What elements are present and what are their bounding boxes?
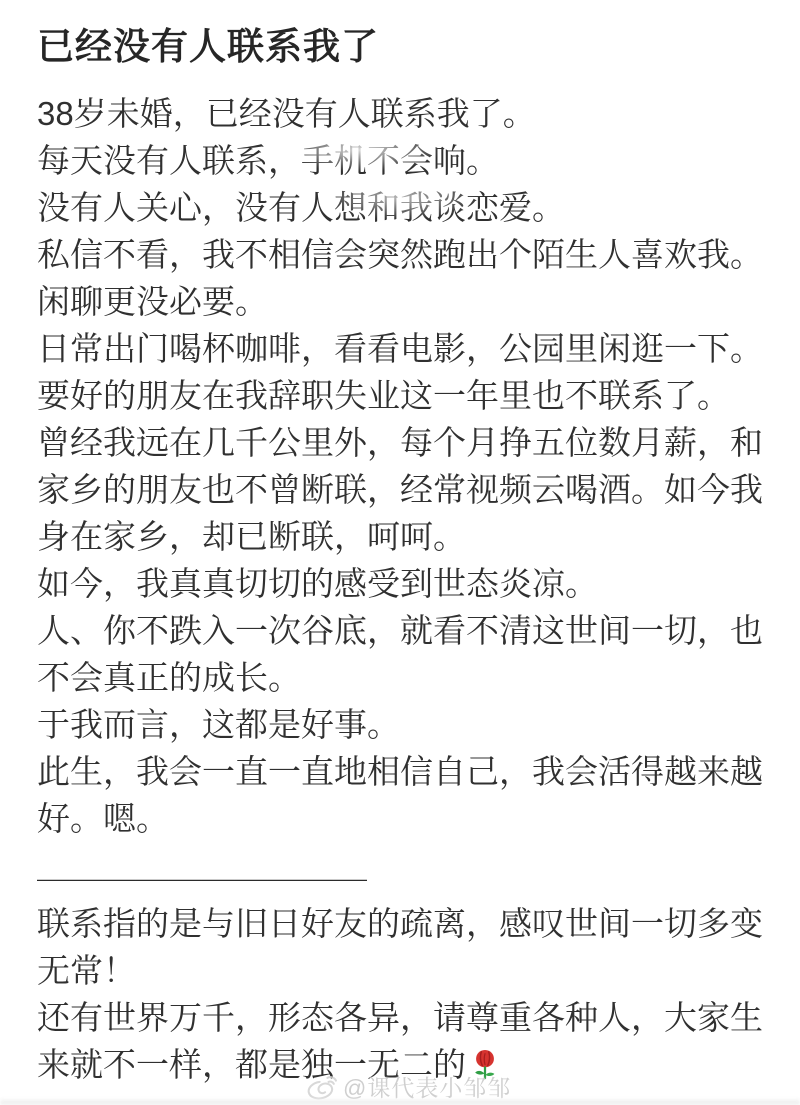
text-line: 如今，我真真切切的感受到世态炎凉。 (37, 560, 777, 607)
text-line: 38岁未婚，已经没有人联系我了。 (37, 90, 777, 137)
text-line: 身在家乡，却已断联，呵呵。 (37, 513, 777, 560)
post-title: 已经没有人联系我了 (37, 24, 777, 70)
weibo-logo-icon (306, 1073, 338, 1100)
text-line: 曾经我远在几千公里外，每个月挣五位数月薪，和 (37, 419, 777, 466)
text-line: 私信不看，我不相信会突然跑出个陌生人喜欢我。 (37, 231, 777, 278)
post-body: 已经没有人联系我了 38岁未婚，已经没有人联系我了。 每天没有人联系，手机不会响… (37, 0, 777, 1088)
post-paragraph-2: 联系指的是与旧日好友的疏离，感叹世间一切多变 无常！ 还有世界万千，形态各异，请… (37, 900, 777, 1088)
text-line: 没有人关心，没有人想和我谈恋爱。 (37, 184, 777, 231)
text-line: 要好的朋友在我辞职失业这一年里也不联系了。 (37, 372, 777, 419)
text-line: 好。嗯。 (37, 795, 777, 842)
text-line: 联系指的是与旧日好友的疏离，感叹世间一切多变 (37, 900, 777, 947)
text-line: 不会真正的成长。 (37, 654, 777, 701)
text-line: 还有世界万千，形态各异，请尊重各种人，大家生 (37, 994, 777, 1041)
bottom-edge-blur (0, 1099, 800, 1105)
text-line: 无常！ (37, 947, 777, 994)
text-line: 每天没有人联系，手机不会响。 (37, 137, 777, 184)
text-line: 家乡的朋友也不曾断联，经常视频云喝酒。如今我 (37, 466, 777, 513)
text-line: 日常出门喝杯咖啡，看看电影，公园里闲逛一下。 (37, 325, 777, 372)
divider-line: ＿＿＿＿＿＿＿＿＿＿ (37, 842, 777, 889)
text-line: 于我而言，这都是好事。 (37, 701, 777, 748)
text-line: 人、你不跌入一次谷底，就看不清这世间一切，也 (37, 607, 777, 654)
post-paragraph-1: 38岁未婚，已经没有人联系我了。 每天没有人联系，手机不会响。 没有人关心，没有… (37, 90, 777, 842)
text-line: 闲聊更没必要。 (37, 278, 777, 325)
text-line: 此生，我会一直一直地相信自己，我会活得越来越 (37, 748, 777, 795)
